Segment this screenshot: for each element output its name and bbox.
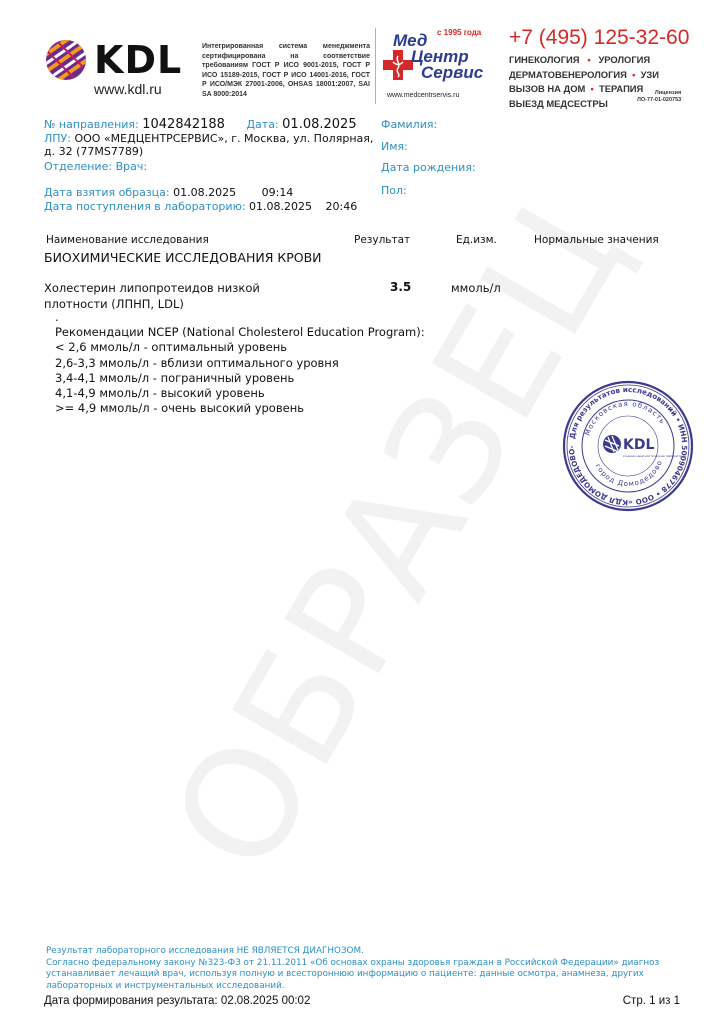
certification-text: Интегрированная система менеджмента серт… <box>202 42 370 100</box>
referral-label: № направления: <box>44 118 139 131</box>
services-row: ДЕРМАТОВЕНЕРОЛОГИЯ • УЗИ <box>509 68 659 83</box>
partner-website: www.medcentrservis.ru <box>387 92 459 99</box>
brand-name-line2: Центр <box>411 50 469 63</box>
since-text: с 1995 года <box>437 28 481 37</box>
test-unit: ммоль/л <box>451 280 501 296</box>
department-line: Отделение: Врач: <box>44 160 147 173</box>
sample-date: 01.08.2025 <box>173 186 236 199</box>
column-normal-values: Нормальные значения <box>534 234 659 246</box>
kdl-website: www.kdl.ru <box>94 81 162 97</box>
sample-date-line: Дата взятия образца: 01.08.2025 09:14 <box>44 186 293 199</box>
bullet-icon: • <box>629 69 638 80</box>
bullet-icon: • <box>582 54 596 65</box>
name-label: Имя: <box>381 140 408 153</box>
result-generation-date: Дата формирования результата: 02.08.2025… <box>44 995 310 1007</box>
doctor-label: Врач: <box>116 160 147 173</box>
lpu-address-line2: д. 32 (77MS7789) <box>44 145 143 158</box>
medical-cross-icon <box>383 50 413 80</box>
date-label: Дата: <box>246 118 278 131</box>
sample-time: 09:14 <box>262 186 294 199</box>
lab-date: 01.08.2025 <box>249 200 312 213</box>
svg-text:клинико-диагностические лабора: клинико-диагностические лаборатории <box>623 454 686 458</box>
kdl-wordmark: KDL <box>94 38 182 82</box>
order-date: 01.08.2025 <box>282 117 356 132</box>
services-row: ГИНЕКОЛОГИЯ • УРОЛОГИЯ <box>509 53 659 68</box>
section-title: БИОХИМИЧЕСКИЕ ИССЛЕДОВАНИЯ КРОВИ <box>44 250 322 265</box>
surname-label: Фамилия: <box>381 118 437 131</box>
svg-text:KDL: KDL <box>623 437 654 453</box>
license: Лицензия ЛО-77-01-020753 <box>637 90 681 103</box>
column-result: Результат <box>354 234 410 246</box>
medcentrservis-logo: с 1995 года Мед Центр Сервис www.medcent… <box>383 26 493 102</box>
kdl-globe-icon <box>44 38 88 82</box>
sample-date-label: Дата взятия образца: <box>44 186 170 199</box>
lpu-label: ЛПУ: <box>44 132 71 145</box>
brand-name-line1: Мед <box>393 34 427 47</box>
ncep-recommendations: . Рекомендации NCEP (National Cholestero… <box>55 310 425 416</box>
phone-number: +7 (495) 125-32-60 <box>509 26 689 50</box>
test-result: 3.5 <box>390 279 411 295</box>
page-number: Стр. 1 из 1 <box>623 995 680 1007</box>
lab-time: 20:46 <box>326 200 358 213</box>
lab-stamp: Для результатов исследований • ИНН 50090… <box>562 380 694 512</box>
lab-date-label: Дата поступления в лабораторию: <box>44 200 246 213</box>
diagnosis-disclaimer: Результат лабораторного исследования НЕ … <box>46 946 686 992</box>
lpu-value: ООО «МЕДЦЕНТРСЕРВИС», г. Москва, ул. Пол… <box>74 132 373 145</box>
bullet-icon: • <box>588 83 597 94</box>
kdl-logo: KDL www.kdl.ru <box>44 38 189 100</box>
referral-number: 1042842188 <box>142 117 225 132</box>
column-test-name: Наименование исследования <box>46 234 209 246</box>
test-name: Холестерин липопротеидов низкой плотност… <box>44 280 260 312</box>
referral-line: № направления: 1042842188 Дата: 01.08.20… <box>44 117 357 132</box>
sex-label: Пол: <box>381 184 407 197</box>
lpu-line: ЛПУ: ООО «МЕДЦЕНТРСЕРВИС», г. Москва, ул… <box>44 132 373 145</box>
department-label: Отделение: <box>44 160 112 173</box>
column-unit: Ед.изм. <box>456 234 497 246</box>
lab-date-line: Дата поступления в лабораторию: 01.08.20… <box>44 200 357 213</box>
brand-name-line3: Сервис <box>421 66 483 79</box>
birthdate-label: Дата рождения: <box>381 161 476 174</box>
header-divider <box>375 28 376 104</box>
